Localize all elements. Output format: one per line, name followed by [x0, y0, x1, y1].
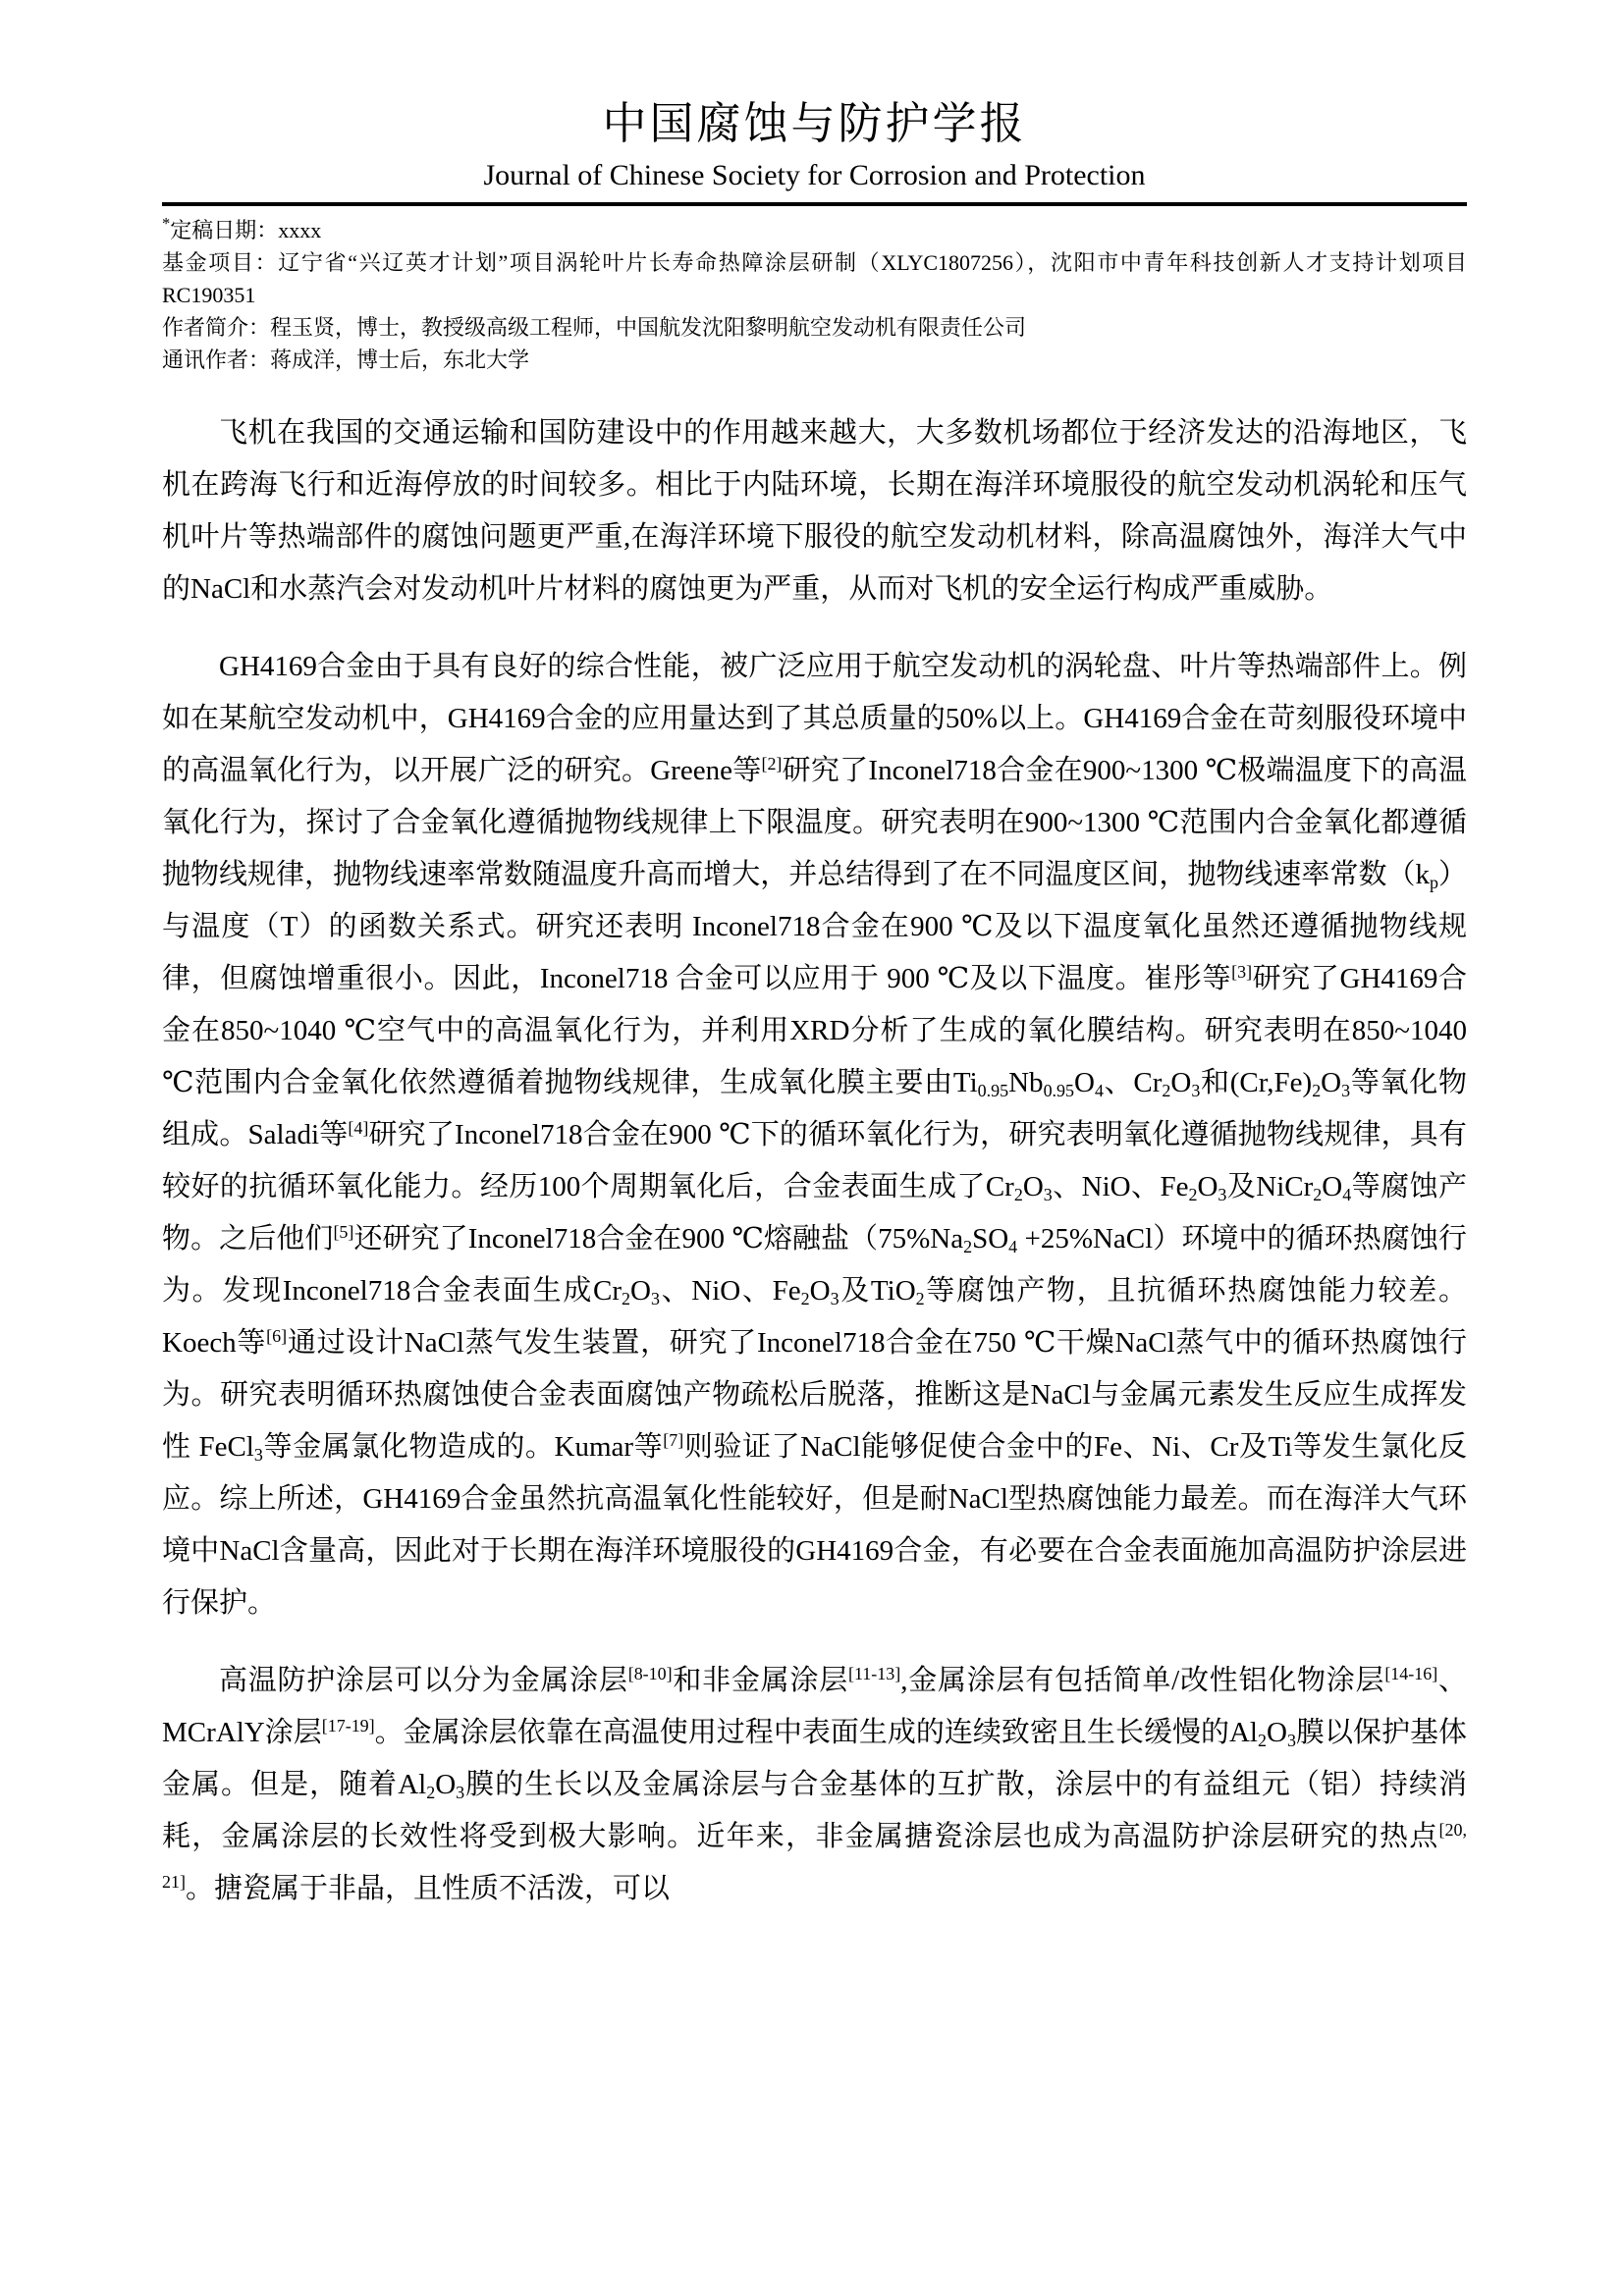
dateline-text: 定稿日期：xxxx — [170, 218, 321, 242]
article-body: 飞机在我国的交通运输和国防建设中的作用越来越大，大多数机场都位于经济发达的沿海地… — [162, 407, 1467, 1915]
footnote-star: * — [162, 214, 170, 233]
funding-note: 基金项目：辽宁省“兴辽英才计划”项目涡轮叶片长寿命热障涂层研制（XLYC1807… — [162, 246, 1467, 311]
journal-title-en: Journal of Chinese Society for Corrosion… — [162, 157, 1467, 194]
dateline-note: *定稿日期：xxxx — [162, 214, 1467, 246]
author-bio-note: 作者简介：程玉贤，博士，教授级高级工程师，中国航发沈阳黎明航空发动机有限责任公司 — [162, 311, 1467, 344]
header-divider — [162, 202, 1467, 206]
journal-title-zh: 中国腐蚀与防护学报 — [162, 96, 1467, 151]
page-content: 中国腐蚀与防护学报 Journal of Chinese Society for… — [162, 96, 1467, 1915]
corresponding-author-note: 通讯作者：蒋成洋，博士后，东北大学 — [162, 344, 1467, 376]
paragraph-gh4169-review: GH4169合金由于具有良好的综合性能，被广泛应用于航空发动机的涡轮盘、叶片等热… — [162, 641, 1467, 1629]
manuscript-page: 中国腐蚀与防护学报 Journal of Chinese Society for… — [0, 0, 1624, 2296]
paragraph-coatings: 高温防护涂层可以分为金属涂层[8-10]和非金属涂层[11-13],金属涂层有包… — [162, 1655, 1467, 1915]
header-notes: *定稿日期：xxxx 基金项目：辽宁省“兴辽英才计划”项目涡轮叶片长寿命热障涂层… — [162, 214, 1467, 376]
paragraph-intro: 飞机在我国的交通运输和国防建设中的作用越来越大，大多数机场都位于经济发达的沿海地… — [162, 407, 1467, 615]
